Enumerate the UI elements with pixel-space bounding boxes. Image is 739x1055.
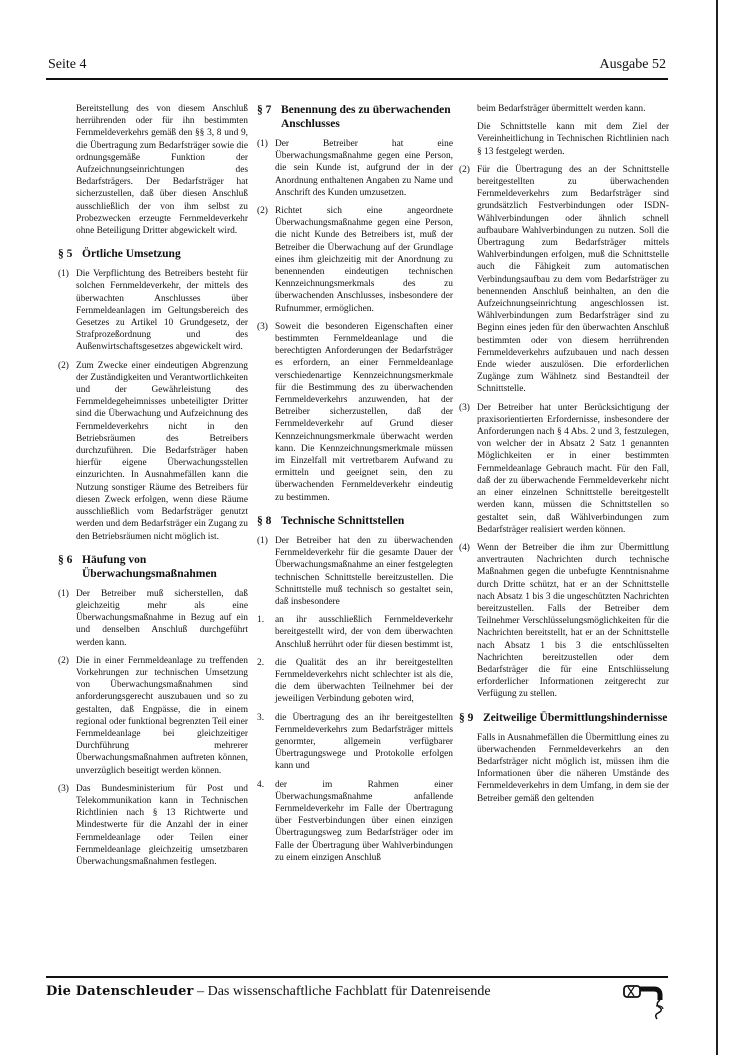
paragraph: Die Schnittstelle kann mit dem Ziel der … [459, 121, 669, 158]
column-3: beim Bedarfsträger übermittelt werden ka… [459, 103, 669, 811]
paragraph-item: (1) Der Betreiber muß sicherstellen, daß… [58, 588, 248, 649]
paragraph-item: (3) Soweit die besonderen Eigenschaften … [257, 321, 453, 504]
numbered-subitem: 2. die Qualität des an ihr bereitgestell… [257, 657, 453, 706]
paragraph-item: (2) Die in einer Fernmeldeanlage zu tref… [58, 655, 248, 777]
chaos-knot-logo-icon [622, 982, 672, 1022]
publication-tagline: Das wissenschaftliche Fachblatt für Date… [208, 984, 491, 999]
page-header: Seite 4 Ausgabe 52 [46, 57, 668, 79]
numbered-subitem: 1. an ihr ausschließlich Fernmeldeverkeh… [257, 614, 453, 651]
section-heading-8: § 8 Technische Schnittstellen [257, 514, 453, 528]
paragraph-item: (3) Das Bundesministerium für Post und T… [58, 783, 248, 868]
numbered-subitem: 3. die Übertragung des an ihr bereitgest… [257, 712, 453, 773]
continued-paragraph: beim Bedarfsträger übermittelt werden ka… [459, 103, 669, 115]
section-heading-5: § 5 Örtliche Umsetzung [58, 247, 248, 261]
column-1: Bereitstellung des von diesem Anschluß h… [58, 103, 248, 874]
page-edge-border [716, 0, 718, 1055]
numbered-subitem: 4. der im Rahmen einer Überwachungsmaßna… [257, 779, 453, 864]
section-heading-6: § 6 Häufung von Überwachungsmaßnahmen [58, 553, 248, 581]
section-heading-9: § 9 Zeitweilige Übermittlungshindernisse [459, 711, 669, 725]
paragraph-item: (1) Die Verpflichtung des Betreibers bes… [58, 268, 248, 353]
paragraph-item: (2) Zum Zwecke einer eindeutigen Abgrenz… [58, 360, 248, 543]
paragraph-item: (2) Richtet sich eine angeordnete Überwa… [257, 205, 453, 315]
publication-name: Die Datenschleuder [46, 984, 194, 999]
paragraph-item: (3) Der Betreiber hat unter Berücksichti… [459, 402, 669, 536]
footer-separator: – [194, 984, 208, 999]
paragraph-item: (1) Der Betreiber hat den zu überwachend… [257, 535, 453, 608]
page-number: Seite 4 [48, 57, 87, 73]
section-heading-7: § 7 Benennung des zu überwachenden Ansch… [257, 103, 453, 131]
paragraph-item: (2) Für die Übertragung des an der Schni… [459, 164, 669, 396]
paragraph-item: (1) Der Betreiber hat eine Überwachungsm… [257, 138, 453, 199]
continued-paragraph: Bereitstellung des von diesem Anschluß h… [58, 103, 248, 237]
issue-number: Ausgabe 52 [600, 57, 667, 73]
column-2: § 7 Benennung des zu überwachenden Ansch… [257, 103, 453, 870]
footer-rule [46, 976, 668, 978]
page-footer: Die Datenschleuder – Das wissenschaftlic… [46, 984, 668, 1008]
header-rule [46, 78, 668, 80]
paragraph-item: (4) Wenn der Betreiber die ihm zur Überm… [459, 542, 669, 701]
paragraph: Falls in Ausnahmefällen die Übermittlung… [459, 732, 669, 805]
